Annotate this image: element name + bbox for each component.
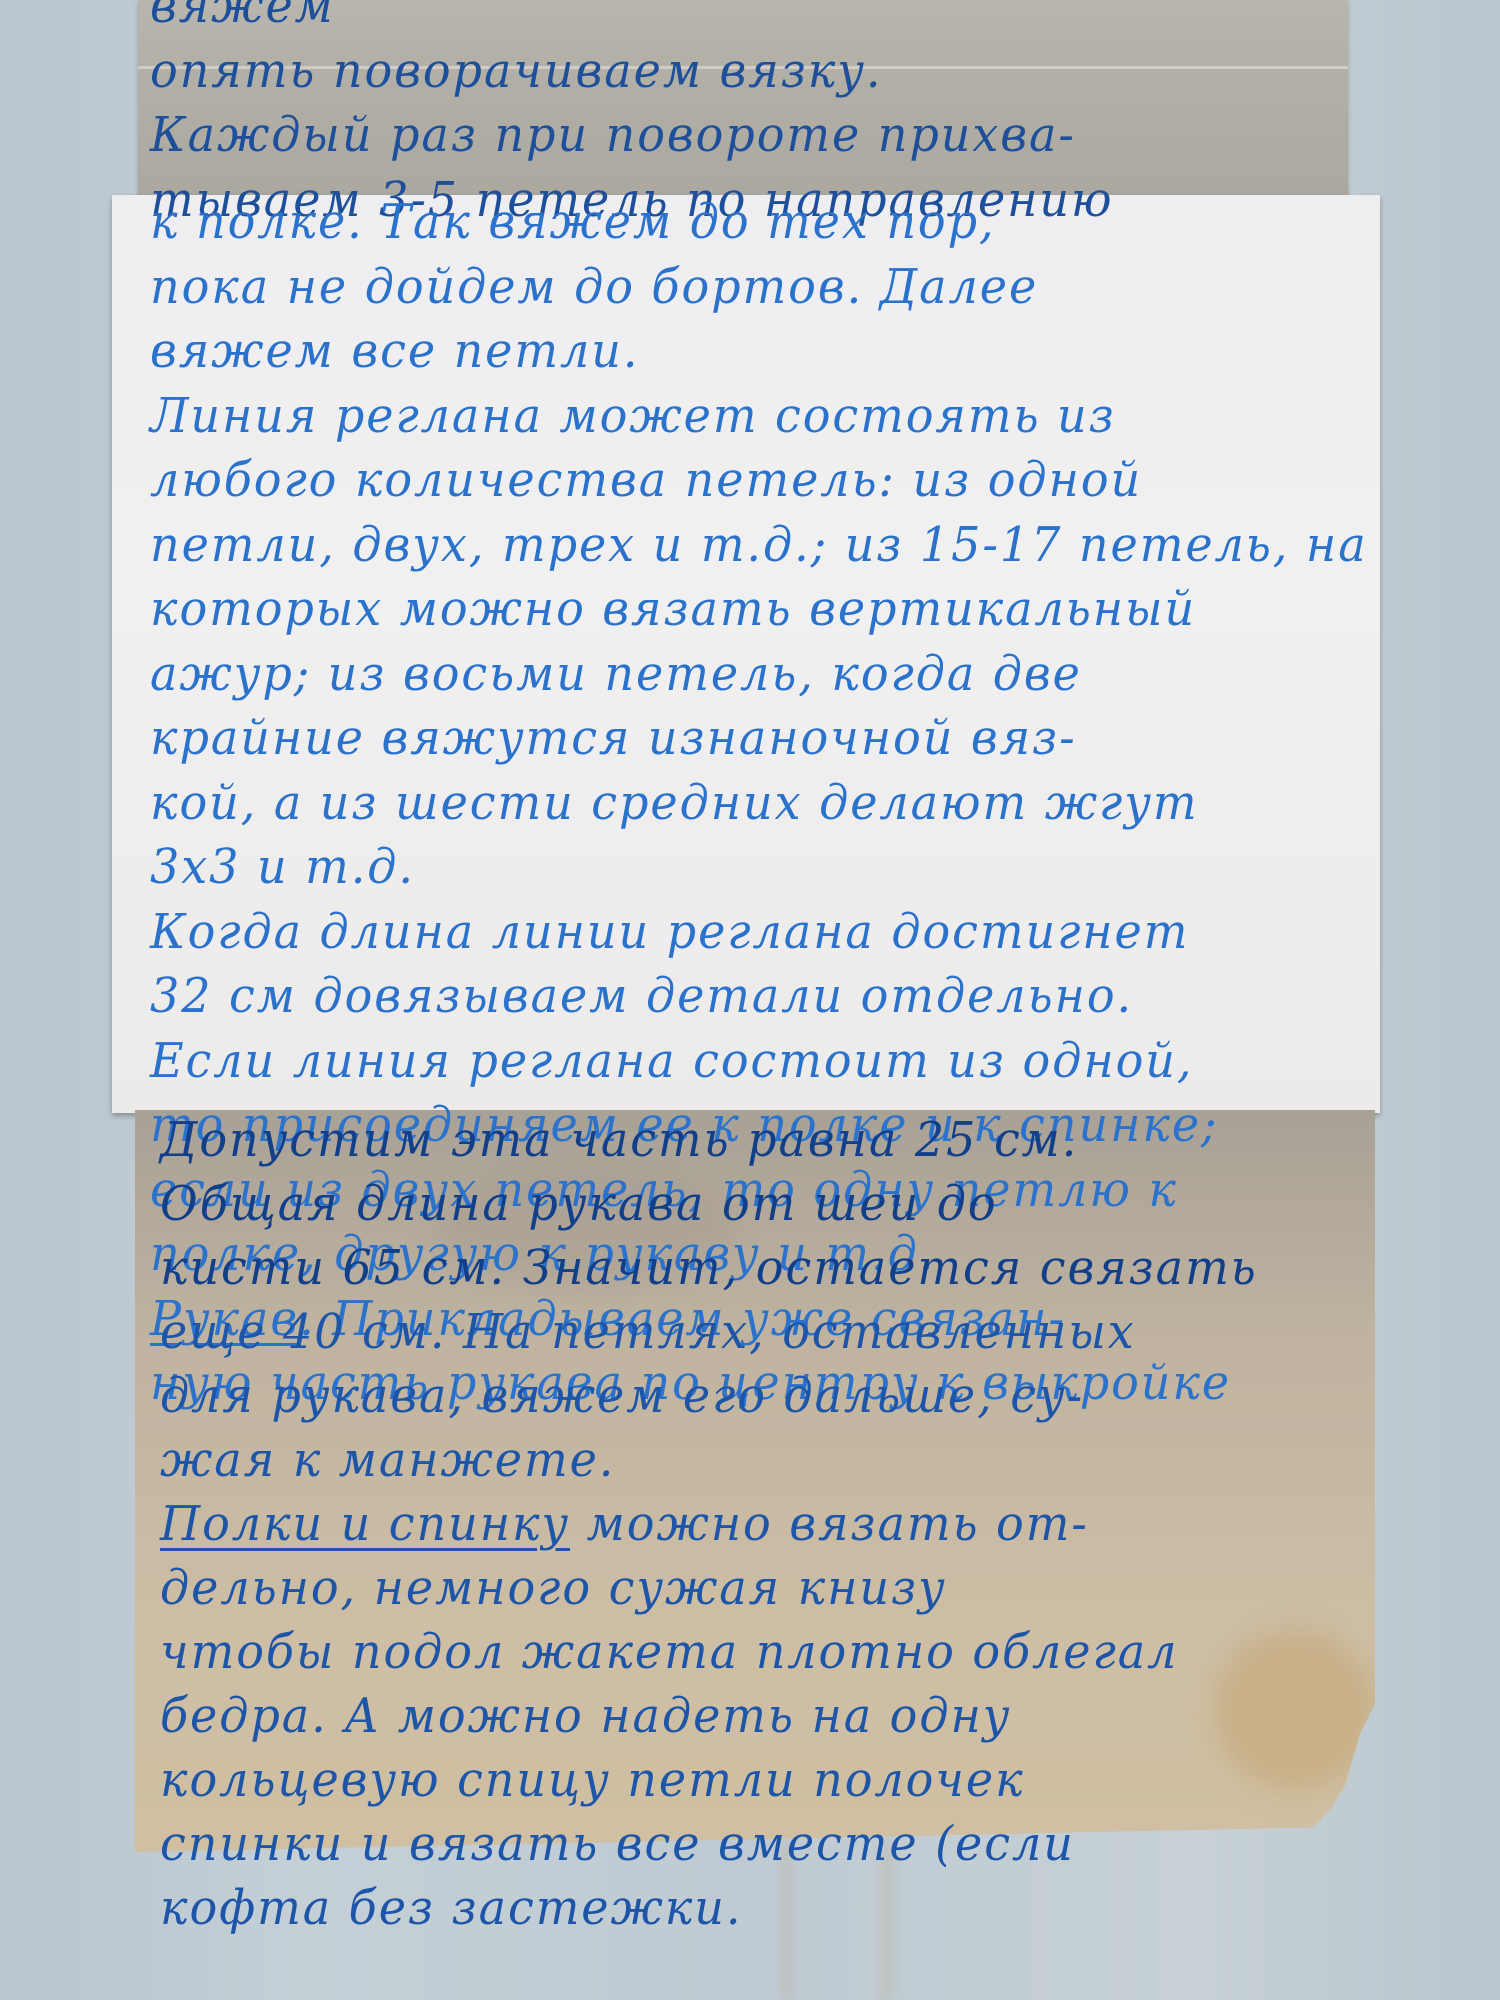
text-line: жая к манжете. — [160, 1428, 1322, 1492]
text-line: ажур; из восьми петель, когда две — [150, 642, 1312, 707]
text-line: спинки и вязать все вместе (если — [160, 1812, 1322, 1876]
text-line: дельно, немного сужая книзу — [160, 1556, 1322, 1620]
text-line: Если линия реглана состоит из одной, — [150, 1029, 1312, 1094]
text-line: Линия реглана может состоять из — [150, 384, 1312, 449]
text-line: опять поворачиваем вязку. — [150, 39, 1312, 104]
text-line: для рукава, вяжем его дальше, су- — [160, 1364, 1322, 1428]
text-line: чтобы подол жакета плотно облегал — [160, 1620, 1322, 1684]
text-line: кой, а из шести средних делают жгут — [150, 771, 1312, 836]
text-line: которых можно вязать вертикальный — [150, 577, 1312, 642]
fronts-back-heading-line: Полки и спинку можно вязать от- — [160, 1492, 1322, 1556]
text-line: Каждый раз при повороте прихва- — [150, 103, 1312, 168]
text-line: кисти 65 см. Значит, остается связать — [160, 1236, 1322, 1300]
text-line: к полке. Так вяжем до тех пор, — [150, 190, 1312, 255]
text-line: еще 40 см. На петлях, оставленных — [160, 1300, 1322, 1364]
text-line: петли, двух, трех и т.д.; из 15-17 петел… — [150, 513, 1312, 578]
text-line: вяжем — [150, 0, 1312, 39]
text-line: любого количества петель: из одной — [150, 448, 1312, 513]
text-line: кольцевую спицу петли полочек — [160, 1748, 1322, 1812]
text-line: кофта без застежки. — [160, 1876, 1322, 1940]
text-line: Когда длина линии реглана достигнет — [150, 900, 1312, 965]
handwriting-bottom-section: Допустим эта часть равна 25 см. Общая дл… — [160, 1108, 1370, 1940]
text-line: Допустим эта часть равна 25 см. — [160, 1108, 1322, 1172]
text-line: пока не дойдем до бортов. Далее — [150, 255, 1312, 320]
text-line: 32 см довязываем детали отдельно. — [150, 964, 1312, 1029]
text-line: Общая длина рукава от шеи до — [160, 1172, 1322, 1236]
text-line: 3х3 и т.д. — [150, 835, 1312, 900]
text-line: бедра. А можно надеть на одну — [160, 1684, 1322, 1748]
underlined-heading: Полки и спинку — [160, 1496, 570, 1552]
text-line: вяжем все петли. — [150, 319, 1312, 384]
text-line: крайние вяжутся изнаночной вяз- — [150, 706, 1312, 771]
